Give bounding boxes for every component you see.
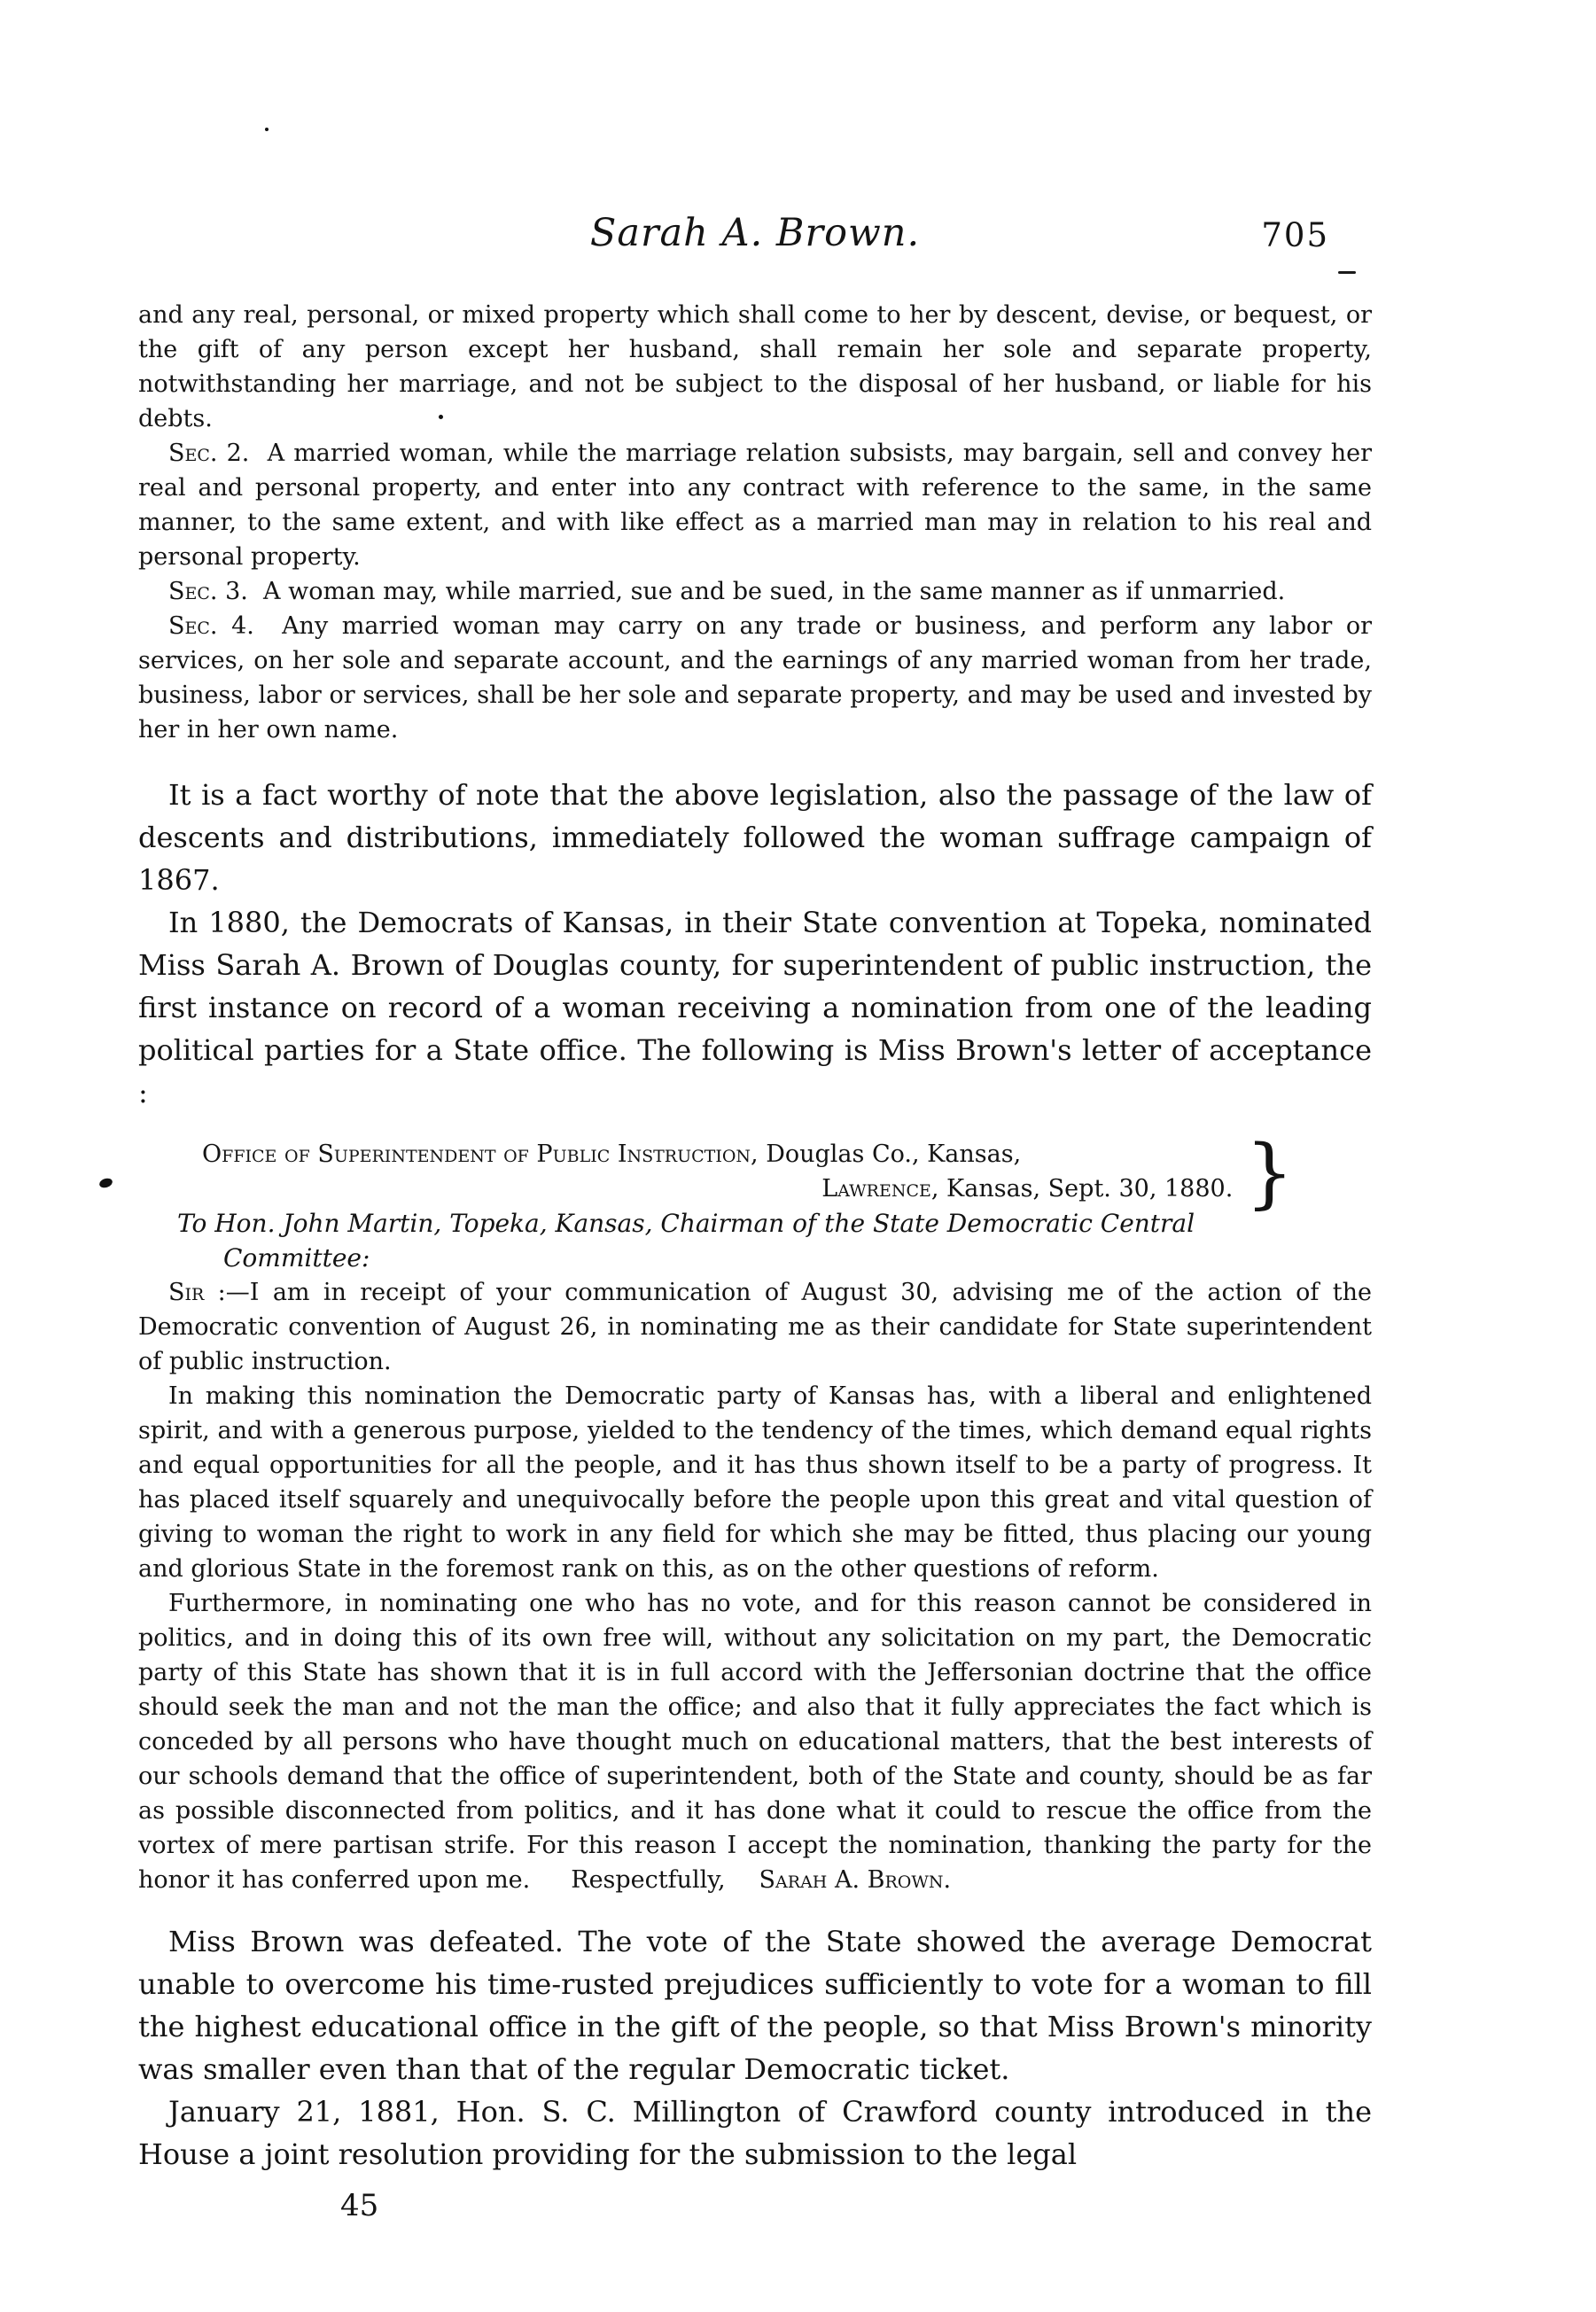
salutation-label: Sir :— xyxy=(168,1279,250,1306)
section-text: Any married woman may carry on any trade… xyxy=(138,612,1372,743)
letter-heading-lines: Office of Superintendent of Public Instr… xyxy=(138,1137,1245,1206)
letter-paragraph-3: Furthermore, in nominating one who has n… xyxy=(138,1586,1372,1897)
section-label: Sec. 2. xyxy=(168,440,249,467)
margin-ink-mark xyxy=(98,1177,113,1189)
running-header: Sarah A. Brown. 705 xyxy=(138,206,1372,268)
page-title: Sarah A. Brown. xyxy=(138,211,1372,255)
letter-paragraph-1-text: I am in receipt of your communication of… xyxy=(138,1279,1372,1375)
section-text: A married woman, while the marriage rela… xyxy=(138,440,1372,571)
closing-paragraph-2: January 21, 1881, Hon. S. C. Millington … xyxy=(138,2090,1372,2176)
addressee-line-2: Committee: xyxy=(138,1241,1372,1275)
footer-signature-number: 45 xyxy=(138,2188,1372,2223)
acceptance-letter: Office of Superintendent of Public Instr… xyxy=(138,1137,1372,1897)
section-label: Sec. 4. xyxy=(168,612,254,640)
closing-label: Respectfully, xyxy=(571,1866,725,1894)
excerpt-continuation-paragraph: and any real, personal, or mixed propert… xyxy=(138,298,1372,436)
statute-excerpt: and any real, personal, or mixed propert… xyxy=(138,298,1372,747)
excerpt-section-2: Sec. 2. A married woman, while the marri… xyxy=(138,436,1372,574)
excerpt-section-4: Sec. 4. Any married woman may carry on a… xyxy=(138,609,1372,747)
narrative-paragraph-2: In 1880, the Democrats of Kansas, in the… xyxy=(138,901,1372,1114)
letter-addressee: To Hon. John Martin, Topeka, Kansas, Cha… xyxy=(138,1206,1372,1275)
ink-spot xyxy=(265,128,269,131)
page-content: Sarah A. Brown. 705 and any real, person… xyxy=(138,206,1372,2223)
office-smallcaps: Office of Superintendent of Public Instr… xyxy=(202,1140,759,1168)
office-line: Office of Superintendent of Public Instr… xyxy=(138,1137,1245,1172)
section-label: Sec. 3. xyxy=(168,578,248,605)
closing-text: Miss Brown was defeated. The vote of the… xyxy=(138,1920,1372,2176)
page-number: 705 xyxy=(1261,216,1329,254)
letter-paragraph-1: Sir :—I am in receipt of your communicat… xyxy=(138,1275,1372,1379)
letter-signature: Sarah A. Brown. xyxy=(759,1866,952,1894)
book-page-scan: Sarah A. Brown. 705 and any real, person… xyxy=(0,0,1596,2312)
closing-paragraph-1: Miss Brown was defeated. The vote of the… xyxy=(138,1920,1372,2090)
excerpt-section-3: Sec. 3. A woman may, while married, sue … xyxy=(138,574,1372,609)
letter-paragraph-2: In making this nomination the Democratic… xyxy=(138,1379,1372,1586)
narrative-paragraph-1: It is a fact worthy of note that the abo… xyxy=(138,774,1372,901)
brace-glyph: } xyxy=(1245,1139,1294,1208)
date-line: Lawrence, Kansas, Sept. 30, 1880. xyxy=(138,1172,1245,1206)
addressee-line-1: To Hon. John Martin, Topeka, Kansas, Cha… xyxy=(138,1206,1372,1241)
date-smallcaps: Lawrence, xyxy=(821,1175,938,1203)
section-text: A woman may, while married, sue and be s… xyxy=(263,578,1285,605)
dash-mark xyxy=(1338,271,1356,274)
date-rest: Kansas, Sept. 30, 1880. xyxy=(938,1175,1233,1203)
letter-heading: Office of Superintendent of Public Instr… xyxy=(138,1137,1372,1206)
narrative-text: It is a fact worthy of note that the abo… xyxy=(138,774,1372,1114)
letter-paragraph-3-text: Furthermore, in nominating one who has n… xyxy=(138,1590,1372,1894)
office-rest: Douglas Co., Kansas, xyxy=(759,1140,1022,1168)
